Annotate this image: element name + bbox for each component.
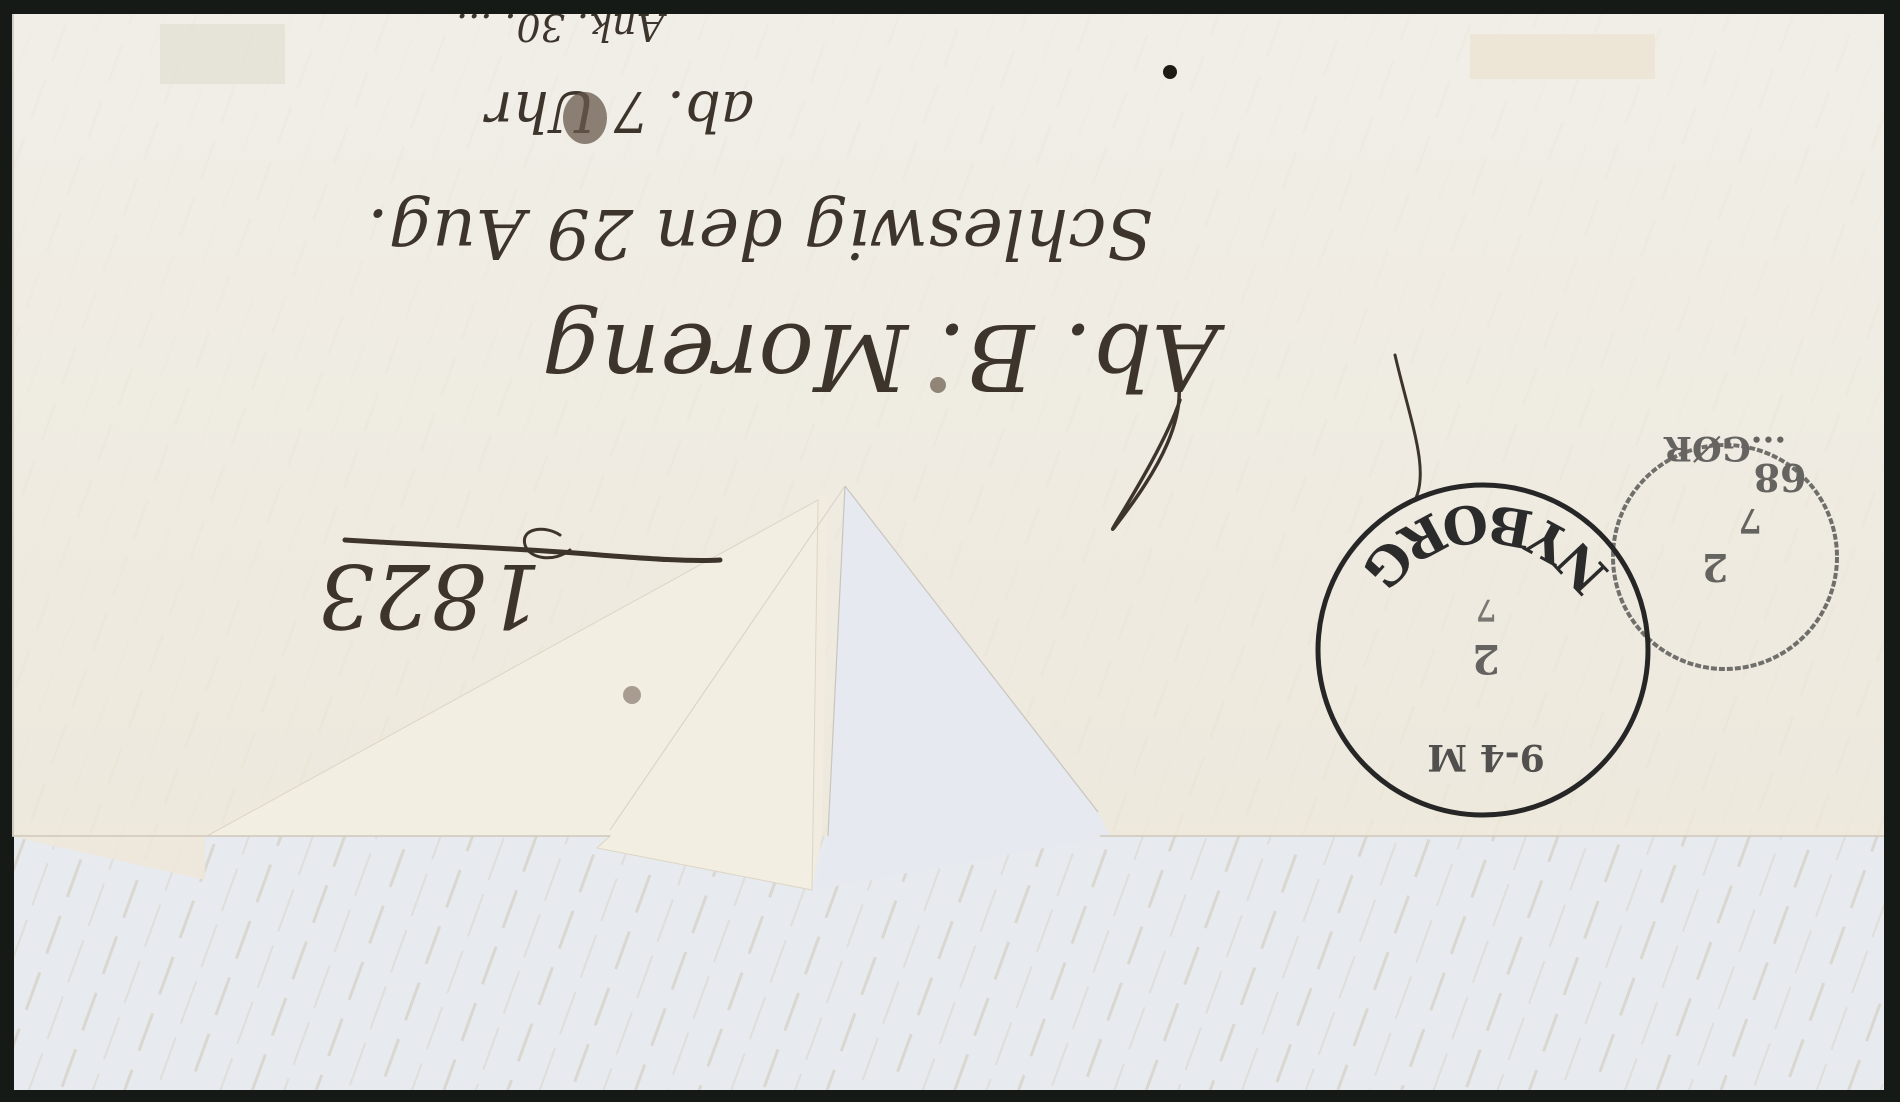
address-line-2: Schleswig den 29 Aug. — [367, 193, 1153, 272]
postmark-month: 7 — [1738, 500, 1762, 540]
folded-panel — [10, 14, 1884, 890]
svg-text:1823: 1823 — [318, 544, 542, 647]
postmark-year: 68 — [1754, 455, 1807, 500]
cover-illustration: 1823 Ab. B. Moreng Schleswig den 29 Aug.… — [0, 0, 1900, 1102]
postmark-month: 7 — [1476, 592, 1497, 627]
docket-year-1823: 1823 — [318, 544, 542, 647]
postmark-time: 9-4 M — [1427, 736, 1544, 778]
postmark-day: 2 — [1702, 545, 1728, 590]
address-line-3: ab. 7 Uhr — [483, 78, 755, 143]
postmark-day: 2 — [1472, 635, 1500, 682]
ink-dot — [1163, 65, 1177, 79]
ink-blot — [563, 92, 607, 144]
address-line-1: Ab. B. Moreng — [542, 303, 1226, 410]
postal-cover-photo: 1823 Ab. B. Moreng Schleswig den 29 Aug.… — [0, 0, 1900, 1102]
